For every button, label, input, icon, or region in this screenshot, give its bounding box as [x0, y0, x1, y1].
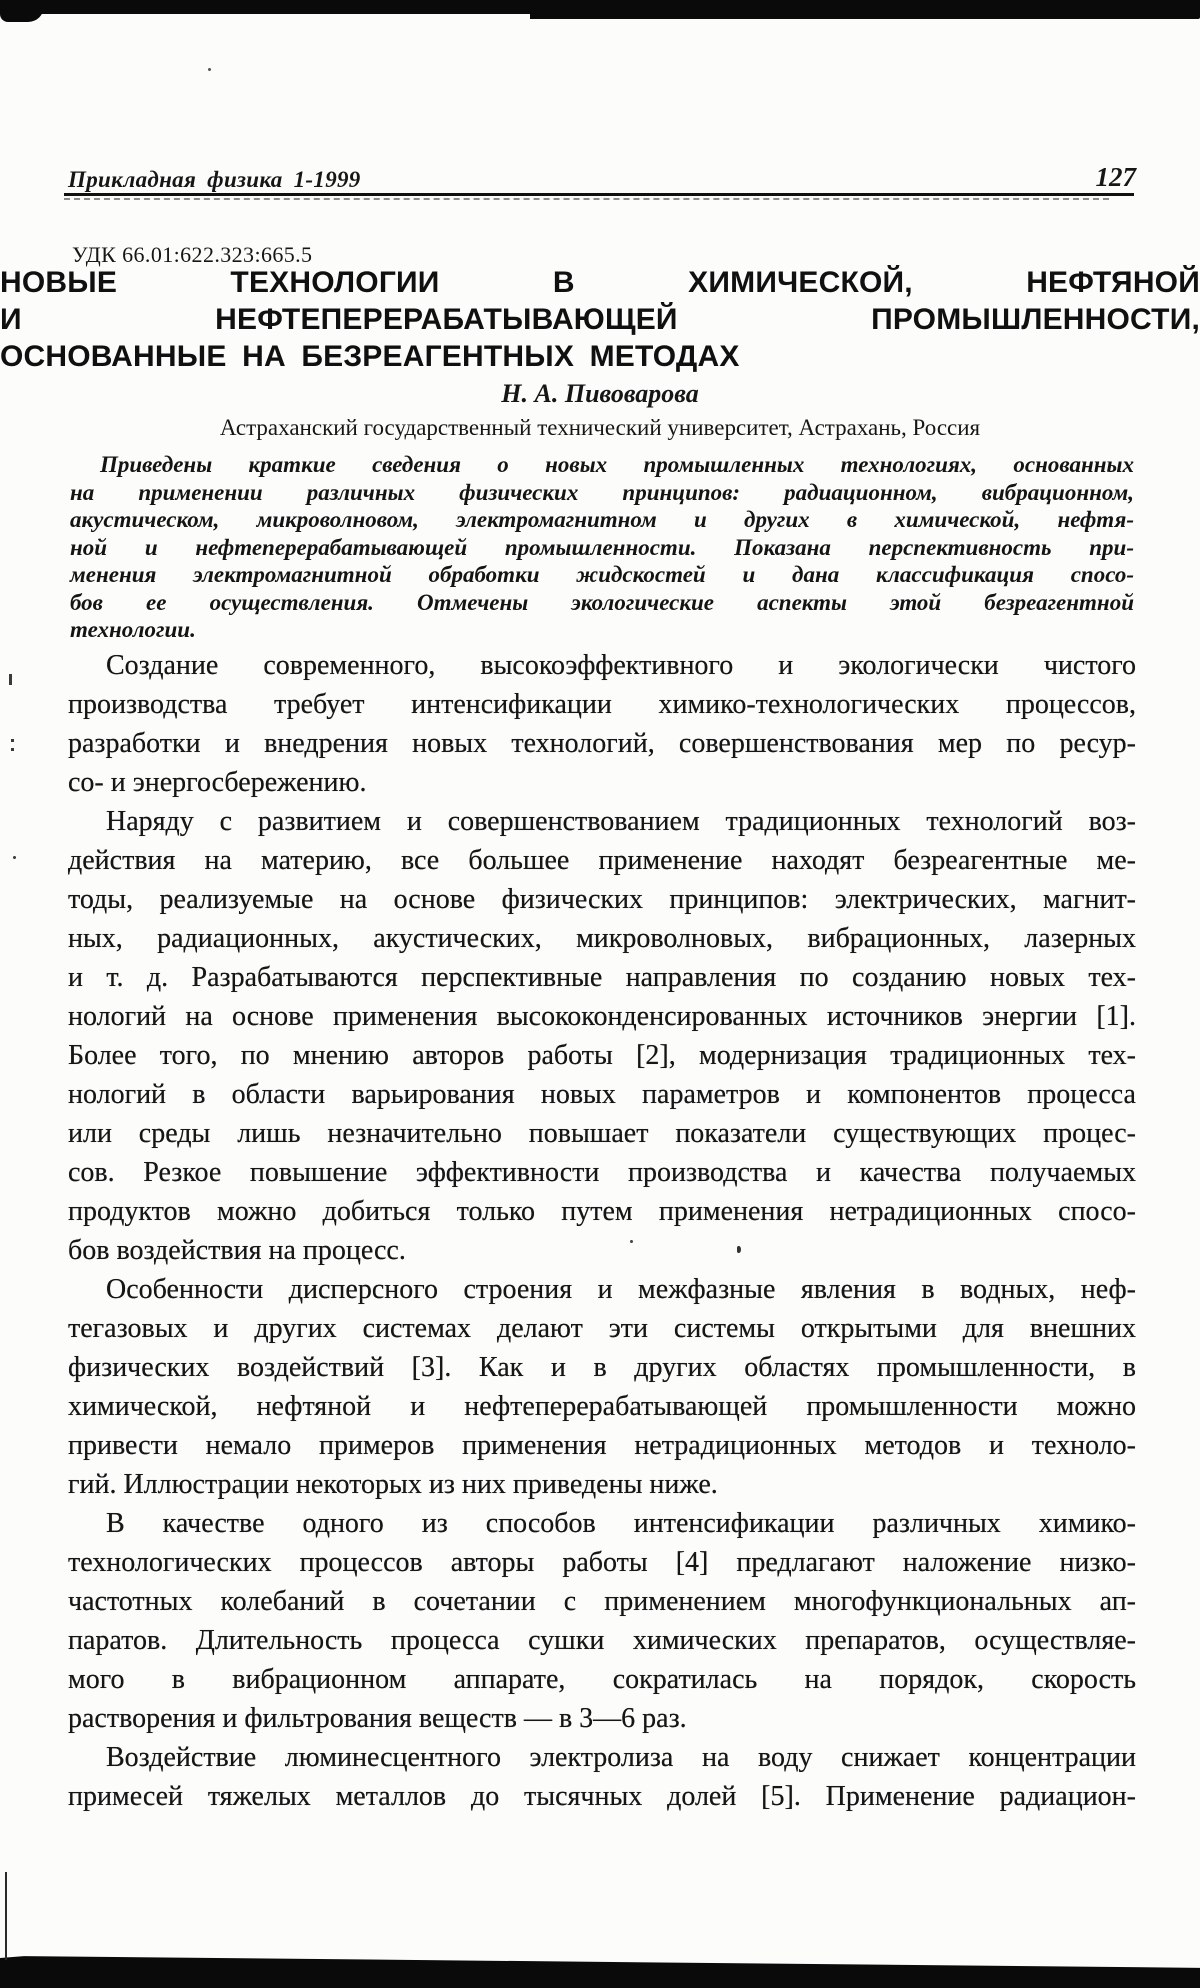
text-line: технологических процессов авторы работы … — [68, 1543, 1136, 1582]
page-number: 127 — [1096, 162, 1137, 193]
text-line: Наряду с развитием и совершенствованием … — [68, 802, 1136, 841]
text-line: технологии. — [70, 616, 1134, 644]
text-line: менения электромагнитной обработки жидск… — [70, 561, 1134, 589]
text-line: Более того, по мнению авторов работы [2]… — [68, 1036, 1136, 1075]
text-line: Создание современного, высокоэффективног… — [68, 646, 1136, 685]
text-line: Воздействие люминесцентного электролиза … — [68, 1738, 1136, 1777]
text-line: бов ее осуществления. Отмечены экологиче… — [70, 589, 1134, 617]
text-line: и т. д. Разрабатываются перспективные на… — [68, 958, 1136, 997]
scan-line-artifact — [5, 1872, 7, 1960]
text-line: частотных колебаний в сочетании с примен… — [68, 1582, 1136, 1621]
text-line: ных, радиационных, акустических, микрово… — [68, 919, 1136, 958]
text-line: Приведены краткие сведения о новых промы… — [70, 451, 1134, 479]
text-line: бов воздействия на процесс. — [68, 1231, 1136, 1270]
paragraph: Создание современного, высокоэффективног… — [68, 646, 1136, 802]
text-line: химической, нефтяной и нефтеперерабатыва… — [68, 1387, 1136, 1426]
affiliation: Астраханский государственный технический… — [0, 415, 1200, 441]
text-line: сов. Резкое повышение эффективности прои… — [68, 1153, 1136, 1192]
text-line: нологий в области варьирования новых пар… — [68, 1075, 1136, 1114]
text-line: Особенности дисперсного строения и межфа… — [68, 1270, 1136, 1309]
header-rule-dashed — [64, 198, 1109, 200]
text-line: мого в вибрационном аппарате, сократилас… — [68, 1660, 1136, 1699]
text-line: паратов. Длительность процесса сушки хим… — [68, 1621, 1136, 1660]
scan-speck — [208, 68, 211, 71]
text-line: привести немало примеров применения нетр… — [68, 1426, 1136, 1465]
paragraph: Наряду с развитием и совершенствованием … — [68, 802, 1136, 1270]
scanned-paper-page: { "colors": { "ink": "#161616", "paper":… — [0, 0, 1200, 1988]
text-line: тоды, реализуемые на основе физических п… — [68, 880, 1136, 919]
scan-edge-top-right — [530, 0, 1200, 19]
text-line: нологий на основе применения высококонде… — [68, 997, 1136, 1036]
paragraph: В качестве одного из способов интенсифик… — [68, 1504, 1136, 1738]
text-line: ОСНОВАННЫЕ НА БЕЗРЕАГЕНТНЫХ МЕТОДАХ — [0, 338, 1200, 375]
header-rule — [64, 193, 1134, 196]
scan-edge-top-bump — [0, 0, 44, 22]
text-line: тегазовых и других системах делают эти с… — [68, 1309, 1136, 1348]
text-line: ной и нефтеперерабатывающей промышленнос… — [70, 534, 1134, 562]
paragraph: Воздействие люминесцентного электролиза … — [68, 1738, 1136, 1816]
text-line: В качестве одного из способов интенсифик… — [68, 1504, 1136, 1543]
running-head: Прикладная физика 1-1999 127 — [68, 162, 1136, 193]
text-line: акустическом, микроволновом, электромагн… — [70, 506, 1134, 534]
scan-speck — [11, 739, 14, 742]
text-line: гий. Иллюстрации некоторых из них привед… — [68, 1465, 1136, 1504]
article-body: Создание современного, высокоэффективног… — [68, 646, 1136, 1816]
author-name: Н. А. Пивоварова — [0, 379, 1200, 409]
scan-edge-bottom — [0, 1950, 1200, 1988]
scan-speck — [13, 856, 16, 859]
scan-speck — [9, 674, 12, 685]
article-title: НОВЫЕ ТЕХНОЛОГИИ В ХИМИЧЕСКОЙ, НЕФТЯНОЙИ… — [0, 264, 1200, 375]
abstract: Приведены краткие сведения о новых промы… — [70, 451, 1134, 644]
text-line: или среды лишь незначительно повышает по… — [68, 1114, 1136, 1153]
text-line: НОВЫЕ ТЕХНОЛОГИИ В ХИМИЧЕСКОЙ, НЕФТЯНОЙ — [0, 264, 1200, 301]
text-line: физических воздействий [3]. Как и в друг… — [68, 1348, 1136, 1387]
text-line: продуктов можно добиться только путем пр… — [68, 1192, 1136, 1231]
text-line: действия на материю, все большее примене… — [68, 841, 1136, 880]
text-line: со- и энергосбережению. — [68, 763, 1136, 802]
paragraph: Особенности дисперсного строения и межфа… — [68, 1270, 1136, 1504]
text-line: И НЕФТЕПЕРЕРАБАТЫВАЮЩЕЙ ПРОМЫШЛЕННОСТИ, — [0, 301, 1200, 338]
text-line: на применении различных физических принц… — [70, 479, 1134, 507]
text-line: растворения и фильтрования веществ — в 3… — [68, 1699, 1136, 1738]
text-line: производства требует интенсификации хими… — [68, 685, 1136, 724]
journal-title: Прикладная физика 1-1999 — [68, 167, 361, 193]
text-line: разработки и внедрения новых технологий,… — [68, 724, 1136, 763]
text-line: примесей тяжелых металлов до тысячных до… — [68, 1777, 1136, 1816]
